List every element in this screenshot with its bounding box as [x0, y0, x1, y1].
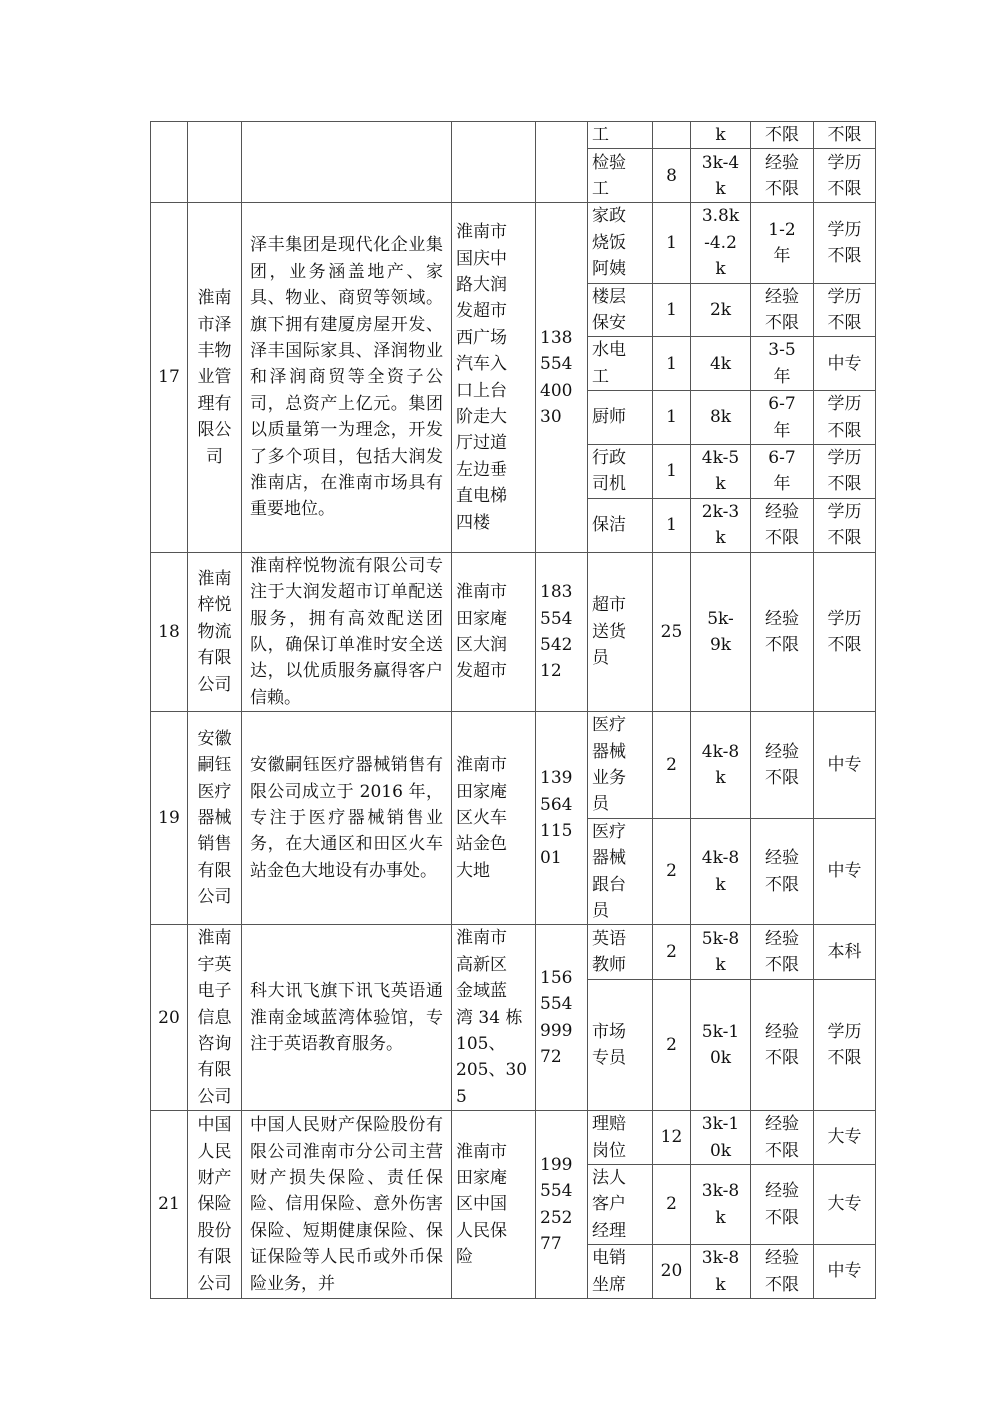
- salary-cell: 3k-8 k: [691, 1165, 751, 1245]
- salary-cell-text: 3k-8 k: [695, 1245, 746, 1298]
- description-cell: 中国人民财产保险股份有限公司淮南市分公司主营财产损失保险、责任保险、信用保险、意…: [242, 1111, 452, 1299]
- job-count-cell-text: 2: [657, 939, 686, 965]
- job-title-cell: 楼层 保安: [588, 283, 653, 337]
- job-count-cell: 2: [653, 1165, 691, 1245]
- experience-cell-text: 6-7 年: [755, 445, 809, 498]
- job-title-cell: 行政 司机: [588, 445, 653, 499]
- job-title-cell-text: 楼层 保安: [592, 284, 648, 337]
- job-title-cell: 超市 送货 员: [588, 552, 653, 711]
- job-title-cell-text: 英语 教师: [592, 926, 648, 979]
- address-cell: 淮南市 田家庵 区中国 人民保 险: [452, 1111, 536, 1299]
- company-cell: [188, 122, 242, 203]
- job-count-cell-text: 2: [657, 752, 686, 778]
- job-title-cell: 医疗 器械 业务 员: [588, 712, 653, 819]
- description-cell: [242, 122, 452, 203]
- job-count-cell-text: 8: [657, 163, 686, 189]
- job-title-cell: 市场 专员: [588, 979, 653, 1111]
- experience-cell: 3-5 年: [751, 337, 814, 391]
- salary-cell-text: 4k: [695, 351, 746, 377]
- education-cell-text: 学历 不限: [818, 445, 871, 498]
- experience-cell-text: 1-2 年: [755, 217, 809, 270]
- job-title-cell-text: 工: [592, 122, 648, 148]
- job-title-cell: 水电 工: [588, 337, 653, 391]
- seq-cell-text: 19: [155, 805, 183, 831]
- phone-cell: 139 564 115 01: [536, 712, 588, 925]
- education-cell: 大专: [814, 1165, 876, 1245]
- seq-cell: 17: [151, 203, 188, 552]
- education-cell: 学历 不限: [814, 552, 876, 711]
- address-cell: [452, 122, 536, 203]
- experience-cell: 经验 不限: [751, 712, 814, 819]
- job-title-cell: 英语 教师: [588, 925, 653, 979]
- seq-cell-text: 20: [155, 1005, 183, 1031]
- education-cell-text: 中专: [818, 351, 871, 377]
- salary-cell-text: 5k- 9k: [695, 606, 746, 659]
- experience-cell: 不限: [751, 122, 814, 149]
- education-cell-text: 学历 不限: [818, 499, 871, 552]
- job-count-cell-text: 2: [657, 858, 686, 884]
- table-row: 18淮南 梓悦 物流 有限 公司淮南梓悦物流有限公司专注于大润发超市订单配送服务…: [151, 552, 876, 711]
- job-count-cell-text: 1: [657, 297, 686, 323]
- experience-cell-text: 经验 不限: [755, 150, 809, 203]
- company-cell: 淮南 宇英 电子 信息 咨询 有限 公司: [188, 925, 242, 1111]
- description-cell-text: 中国人民财产保险股份有限公司淮南市分公司主营财产损失保险、责任保险、信用保险、意…: [250, 1112, 443, 1297]
- table-row: 20淮南 宇英 电子 信息 咨询 有限 公司科大讯飞旗下讯飞英语通淮南金域蓝湾体…: [151, 925, 876, 979]
- salary-cell: 5k- 9k: [691, 552, 751, 711]
- job-count-cell: 1: [653, 203, 691, 283]
- job-count-cell: 1: [653, 498, 691, 552]
- experience-cell: 经验 不限: [751, 1245, 814, 1299]
- recruitment-table: 工k不限不限检验 工83k-4 k经验 不限学历 不限17淮南 市泽 丰物 业管…: [150, 121, 876, 1299]
- experience-cell: 经验 不限: [751, 925, 814, 979]
- address-cell: 淮南市 高新区 金域蓝 湾 34 栋 105、 205、305: [452, 925, 536, 1111]
- description-cell: 泽丰集团是现代化企业集团，业务涵盖地产、家具、物业、商贸等领域。旗下拥有建厦房屋…: [242, 203, 452, 552]
- job-title-cell-text: 超市 送货 员: [592, 592, 648, 671]
- job-title-cell: 工: [588, 122, 653, 149]
- experience-cell-text: 经验 不限: [755, 499, 809, 552]
- company-cell-text: 中国 人民 财产 保险 股份 有限 公司: [192, 1112, 237, 1297]
- description-cell-text: 淮南梓悦物流有限公司专注于大润发超市订单配送服务，拥有高效配送团队，确保订单准时…: [250, 553, 443, 711]
- job-count-cell: 20: [653, 1245, 691, 1299]
- education-cell: 学历 不限: [814, 149, 876, 203]
- phone-cell-text: 138 554 400 30: [540, 325, 583, 431]
- experience-cell-text: 经验 不限: [755, 739, 809, 792]
- salary-cell: 5k-1 0k: [691, 979, 751, 1111]
- table-row: 19安徽 嗣钰 医疗 器械 销售 有限 公司安徽嗣钰医疗器械销售有限公司成立于 …: [151, 712, 876, 819]
- education-cell: 学历 不限: [814, 391, 876, 445]
- phone-cell-text: 199 554 252 77: [540, 1152, 583, 1258]
- job-title-cell: 保洁: [588, 498, 653, 552]
- seq-cell: 19: [151, 712, 188, 925]
- experience-cell-text: 3-5 年: [755, 337, 809, 390]
- phone-cell: 183 554 542 12: [536, 552, 588, 711]
- education-cell-text: 大专: [818, 1191, 871, 1217]
- seq-cell: 21: [151, 1111, 188, 1299]
- experience-cell: 经验 不限: [751, 498, 814, 552]
- job-count-cell: [653, 122, 691, 149]
- job-title-cell-text: 医疗 器械 业务 员: [592, 712, 648, 818]
- salary-cell: 4k-5 k: [691, 445, 751, 499]
- job-title-cell-text: 行政 司机: [592, 445, 648, 498]
- table-row: 工k不限不限: [151, 122, 876, 149]
- job-count-cell: 2: [653, 925, 691, 979]
- experience-cell-text: 经验 不限: [755, 845, 809, 898]
- experience-cell: 1-2 年: [751, 203, 814, 283]
- company-cell-text: 安徽 嗣钰 医疗 器械 销售 有限 公司: [192, 726, 237, 911]
- salary-cell-text: 3k-1 0k: [695, 1111, 746, 1164]
- experience-cell: 经验 不限: [751, 552, 814, 711]
- salary-cell-text: 8k: [695, 404, 746, 430]
- education-cell-text: 不限: [818, 122, 871, 148]
- address-cell-text: 淮南市 高新区 金域蓝 湾 34 栋 105、 205、305: [456, 925, 531, 1110]
- education-cell-text: 中专: [818, 1258, 871, 1284]
- experience-cell-text: 6-7 年: [755, 391, 809, 444]
- education-cell-text: 学历 不限: [818, 391, 871, 444]
- job-count-cell: 25: [653, 552, 691, 711]
- education-cell-text: 中专: [818, 752, 871, 778]
- company-cell: 中国 人民 财产 保险 股份 有限 公司: [188, 1111, 242, 1299]
- salary-cell-text: 5k-8 k: [695, 926, 746, 979]
- experience-cell: 6-7 年: [751, 445, 814, 499]
- address-cell-text: 淮南市 田家庵 区大润 发超市: [456, 579, 531, 685]
- salary-cell: 4k: [691, 337, 751, 391]
- seq-cell-text: 18: [155, 619, 183, 645]
- job-count-cell: 2: [653, 979, 691, 1111]
- seq-cell-text: 21: [155, 1191, 183, 1217]
- job-count-cell: 1: [653, 445, 691, 499]
- seq-cell: [151, 122, 188, 203]
- education-cell-text: 中专: [818, 858, 871, 884]
- education-cell-text: 学历 不限: [818, 606, 871, 659]
- job-title-cell: 厨师: [588, 391, 653, 445]
- experience-cell: 经验 不限: [751, 818, 814, 925]
- job-count-cell-text: 12: [657, 1124, 686, 1150]
- phone-cell-text: 156 554 999 72: [540, 965, 583, 1071]
- address-cell: 淮南市 田家庵 区大润 发超市: [452, 552, 536, 711]
- salary-cell-text: 3k-8 k: [695, 1178, 746, 1231]
- job-title-cell-text: 医疗 器械 跟台 员: [592, 819, 648, 925]
- job-title-cell-text: 市场 专员: [592, 1019, 648, 1072]
- education-cell: 大专: [814, 1111, 876, 1165]
- education-cell-text: 学历 不限: [818, 284, 871, 337]
- education-cell: 学历 不限: [814, 203, 876, 283]
- salary-cell-text: 2k-3 k: [695, 499, 746, 552]
- company-cell-text: 淮南 梓悦 物流 有限 公司: [192, 566, 237, 698]
- experience-cell: 经验 不限: [751, 283, 814, 337]
- table-body: 工k不限不限检验 工83k-4 k经验 不限学历 不限17淮南 市泽 丰物 业管…: [151, 122, 876, 1299]
- seq-cell: 18: [151, 552, 188, 711]
- experience-cell: 经验 不限: [751, 149, 814, 203]
- description-cell-text: 科大讯飞旗下讯飞英语通淮南金域蓝湾体验馆，专注于英语教育服务。: [250, 978, 443, 1057]
- job-title-cell-text: 法人 客户 经理: [592, 1165, 648, 1244]
- job-title-cell-text: 保洁: [592, 512, 648, 538]
- salary-cell: 8k: [691, 391, 751, 445]
- document-page: 工k不限不限检验 工83k-4 k经验 不限学历 不限17淮南 市泽 丰物 业管…: [150, 121, 875, 1299]
- salary-cell: 4k-8 k: [691, 712, 751, 819]
- salary-cell: 2k-3 k: [691, 498, 751, 552]
- salary-cell-text: 4k-5 k: [695, 445, 746, 498]
- address-cell: 淮南市 国庆中 路大润 发超市 西广场 汽车入 口上台 阶走大 厅过道 左边垂 …: [452, 203, 536, 552]
- education-cell-text: 学历 不限: [818, 217, 871, 270]
- description-cell: 淮南梓悦物流有限公司专注于大润发超市订单配送服务，拥有高效配送团队，确保订单准时…: [242, 552, 452, 711]
- job-title-cell-text: 理赔 岗位: [592, 1111, 648, 1164]
- experience-cell: 经验 不限: [751, 1165, 814, 1245]
- job-title-cell-text: 水电 工: [592, 337, 648, 390]
- experience-cell: 经验 不限: [751, 1111, 814, 1165]
- experience-cell-text: 经验 不限: [755, 1245, 809, 1298]
- phone-cell: 199 554 252 77: [536, 1111, 588, 1299]
- description-cell: 安徽嗣钰医疗器械销售有限公司成立于 2016 年，专注于医疗器械销售业务，在大通…: [242, 712, 452, 925]
- company-cell: 淮南 梓悦 物流 有限 公司: [188, 552, 242, 711]
- education-cell-text: 大专: [818, 1124, 871, 1150]
- address-cell-text: 淮南市 国庆中 路大润 发超市 西广场 汽车入 口上台 阶走大 厅过道 左边垂 …: [456, 219, 531, 536]
- salary-cell: 3k-1 0k: [691, 1111, 751, 1165]
- education-cell: 中专: [814, 1245, 876, 1299]
- job-count-cell: 2: [653, 712, 691, 819]
- education-cell: 学历 不限: [814, 498, 876, 552]
- salary-cell-text: 5k-1 0k: [695, 1019, 746, 1072]
- job-title-cell-text: 家政 烧饭 阿姨: [592, 203, 648, 282]
- phone-cell-text: 139 564 115 01: [540, 765, 583, 871]
- experience-cell-text: 经验 不限: [755, 284, 809, 337]
- experience-cell-text: 经验 不限: [755, 606, 809, 659]
- salary-cell-text: k: [695, 122, 746, 148]
- table-row: 21中国 人民 财产 保险 股份 有限 公司中国人民财产保险股份有限公司淮南市分…: [151, 1111, 876, 1165]
- seq-cell: 20: [151, 925, 188, 1111]
- job-title-cell: 理赔 岗位: [588, 1111, 653, 1165]
- experience-cell: 6-7 年: [751, 391, 814, 445]
- job-title-cell-text: 厨师: [592, 404, 648, 430]
- education-cell: 学历 不限: [814, 283, 876, 337]
- education-cell: 中专: [814, 818, 876, 925]
- salary-cell: 2k: [691, 283, 751, 337]
- description-cell-text: 泽丰集团是现代化企业集团，业务涵盖地产、家具、物业、商贸等领域。旗下拥有建厦房屋…: [250, 232, 443, 522]
- salary-cell-text: 3k-4 k: [695, 150, 746, 203]
- experience-cell-text: 不限: [755, 122, 809, 148]
- address-cell: 淮南市 田家庵 区火车 站金色 大地: [452, 712, 536, 925]
- salary-cell: 3.8k -4.2 k: [691, 203, 751, 283]
- job-title-cell-text: 电销 坐席: [592, 1245, 648, 1298]
- phone-cell: [536, 122, 588, 203]
- company-cell-text: 淮南 市泽 丰物 业管 理有 限公 司: [192, 285, 237, 470]
- job-count-cell: 8: [653, 149, 691, 203]
- job-count-cell: 1: [653, 337, 691, 391]
- experience-cell-text: 经验 不限: [755, 1178, 809, 1231]
- company-cell-text: 淮南 宇英 电子 信息 咨询 有限 公司: [192, 925, 237, 1110]
- job-count-cell-text: 2: [657, 1191, 686, 1217]
- job-count-cell-text: 1: [657, 230, 686, 256]
- job-count-cell-text: 2: [657, 1032, 686, 1058]
- address-cell-text: 淮南市 田家庵 区中国 人民保 险: [456, 1139, 531, 1271]
- education-cell-text: 本科: [818, 939, 871, 965]
- job-count-cell: 1: [653, 283, 691, 337]
- salary-cell-text: 3.8k -4.2 k: [695, 203, 746, 282]
- description-cell-text: 安徽嗣钰医疗器械销售有限公司成立于 2016 年，专注于医疗器械销售业务，在大通…: [250, 752, 443, 884]
- job-title-cell: 医疗 器械 跟台 员: [588, 818, 653, 925]
- description-cell: 科大讯飞旗下讯飞英语通淮南金域蓝湾体验馆，专注于英语教育服务。: [242, 925, 452, 1111]
- job-title-cell: 检验 工: [588, 149, 653, 203]
- company-cell: 淮南 市泽 丰物 业管 理有 限公 司: [188, 203, 242, 552]
- job-count-cell: 12: [653, 1111, 691, 1165]
- education-cell-text: 学历 不限: [818, 150, 871, 203]
- job-count-cell-text: 1: [657, 512, 686, 538]
- education-cell: 本科: [814, 925, 876, 979]
- job-count-cell-text: 25: [657, 619, 686, 645]
- salary-cell: 3k-8 k: [691, 1245, 751, 1299]
- salary-cell: 4k-8 k: [691, 818, 751, 925]
- salary-cell: 3k-4 k: [691, 149, 751, 203]
- job-count-cell: 1: [653, 391, 691, 445]
- job-title-cell: 电销 坐席: [588, 1245, 653, 1299]
- salary-cell-text: 4k-8 k: [695, 739, 746, 792]
- education-cell: 不限: [814, 122, 876, 149]
- job-title-cell-text: 检验 工: [592, 150, 648, 203]
- experience-cell: 经验 不限: [751, 979, 814, 1111]
- job-count-cell-text: 1: [657, 351, 686, 377]
- education-cell-text: 学历 不限: [818, 1019, 871, 1072]
- job-count-cell-text: 20: [657, 1258, 686, 1284]
- salary-cell-text: 4k-8 k: [695, 845, 746, 898]
- phone-cell-text: 183 554 542 12: [540, 579, 583, 685]
- experience-cell-text: 经验 不限: [755, 926, 809, 979]
- salary-cell: 5k-8 k: [691, 925, 751, 979]
- experience-cell-text: 经验 不限: [755, 1019, 809, 1072]
- job-count-cell-text: 1: [657, 404, 686, 430]
- address-cell-text: 淮南市 田家庵 区火车 站金色 大地: [456, 752, 531, 884]
- phone-cell: 156 554 999 72: [536, 925, 588, 1111]
- education-cell: 学历 不限: [814, 979, 876, 1111]
- table-row: 17淮南 市泽 丰物 业管 理有 限公 司泽丰集团是现代化企业集团，业务涵盖地产…: [151, 203, 876, 283]
- company-cell: 安徽 嗣钰 医疗 器械 销售 有限 公司: [188, 712, 242, 925]
- job-count-cell: 2: [653, 818, 691, 925]
- education-cell: 中专: [814, 337, 876, 391]
- education-cell: 中专: [814, 712, 876, 819]
- job-title-cell: 法人 客户 经理: [588, 1165, 653, 1245]
- education-cell: 学历 不限: [814, 445, 876, 499]
- phone-cell: 138 554 400 30: [536, 203, 588, 552]
- experience-cell-text: 经验 不限: [755, 1111, 809, 1164]
- seq-cell-text: 17: [155, 364, 183, 390]
- salary-cell-text: 2k: [695, 297, 746, 323]
- job-title-cell: 家政 烧饭 阿姨: [588, 203, 653, 283]
- job-count-cell-text: 1: [657, 458, 686, 484]
- salary-cell: k: [691, 122, 751, 149]
